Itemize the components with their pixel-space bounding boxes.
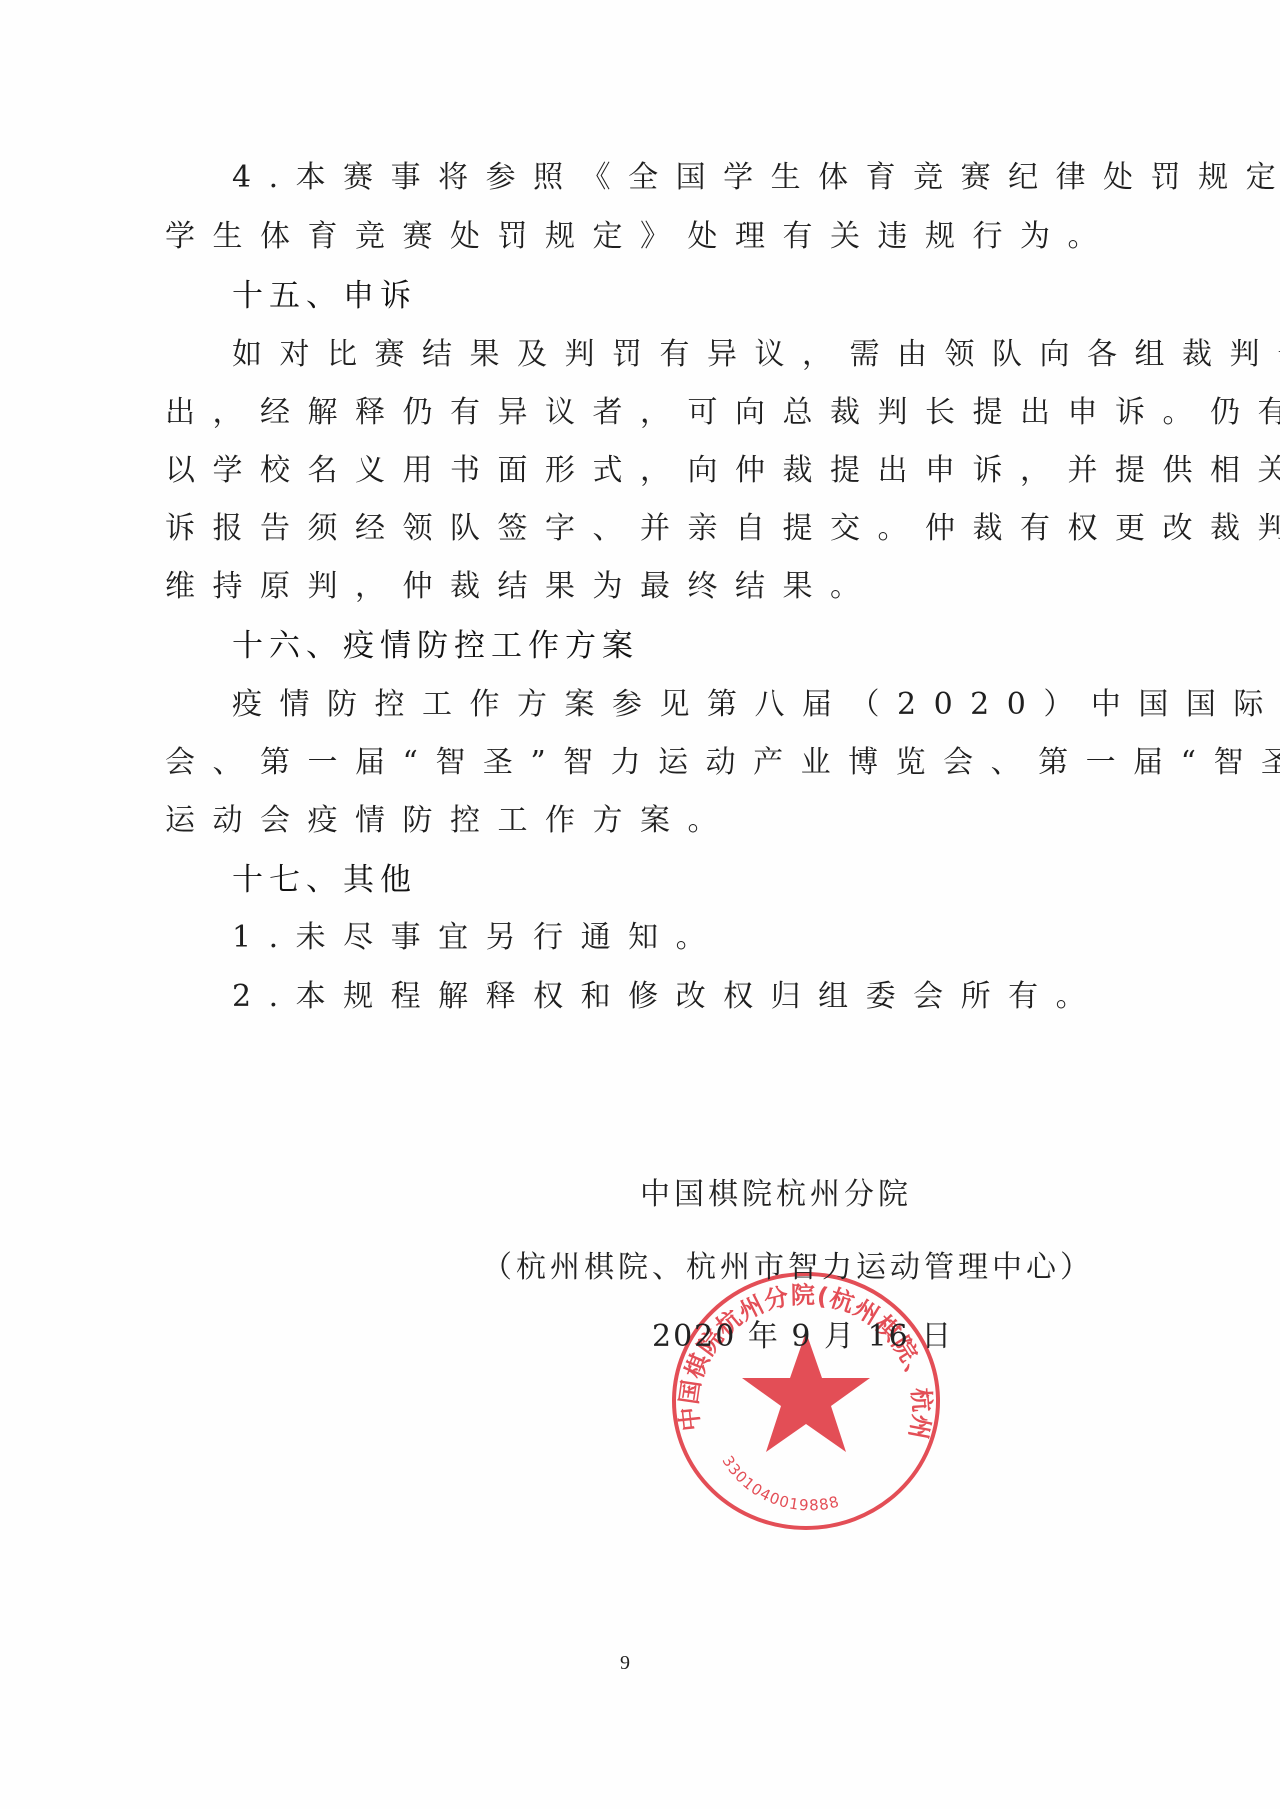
paragraph-line: 维持原判，仲裁结果为最终结果。 xyxy=(165,558,1115,616)
paragraph-line: 疫情防控工作方案参见第八届（2020）中国国际棋文化博览 xyxy=(232,676,1182,734)
paragraph-line: 4.本赛事将参照《全国学生体育竞赛纪律处罚规定》、《全国 xyxy=(232,149,1182,207)
page-number: 9 xyxy=(620,1652,630,1675)
official-seal-stamp: 中国棋院杭州分院(杭州棋院、杭州市智力运动管理中心) 3301040019888 xyxy=(670,1270,942,1532)
section-heading-epidemic: 十六、疫情防控工作方案 xyxy=(232,617,1182,675)
paragraph-line: 以学校名义用书面形式，向仲裁提出申诉，并提供相关证据，申 xyxy=(165,442,1115,500)
paragraph-line: 会、第一届“智圣”智力运动产业博览会、第一届“智圣”智力 xyxy=(165,734,1115,792)
paragraph-line: 运动会疫情防控工作方案。 xyxy=(165,792,1115,850)
paragraph-line: 学生体育竞赛处罚规定》处理有关违规行为。 xyxy=(165,208,1115,266)
paragraph-line: 1.未尽事宜另行通知。 xyxy=(232,909,1182,967)
document-page: 4.本赛事将参照《全国学生体育竞赛纪律处罚规定》、《全国 学生体育竞赛处罚规定》… xyxy=(0,0,1280,1809)
signature-date: 2020 年 9 月 16 日 xyxy=(652,1317,953,1357)
section-heading-appeal: 十五、申诉 xyxy=(232,267,1182,325)
section-heading-other: 十七、其他 xyxy=(232,851,1182,909)
signature-org-alias: （杭州棋院、杭州市智力运动管理中心） xyxy=(482,1248,1094,1288)
paragraph-line: 出，经解释仍有异议者，可向总裁判长提出申诉。仍有异议的需 xyxy=(165,384,1115,442)
paragraph-line: 如对比赛结果及判罚有异议，需由领队向各组裁判长口头提 xyxy=(232,326,1182,384)
signature-org-name: 中国棋院杭州分院 xyxy=(640,1175,912,1215)
paragraph-line: 2.本规程解释权和修改权归组委会所有。 xyxy=(232,968,1182,1026)
svg-text:3301040019888: 3301040019888 xyxy=(718,1452,841,1514)
seal-code-text: 3301040019888 xyxy=(718,1452,841,1514)
paragraph-line: 诉报告须经领队签字、并亲自提交。仲裁有权更改裁判组结果或 xyxy=(165,500,1115,558)
